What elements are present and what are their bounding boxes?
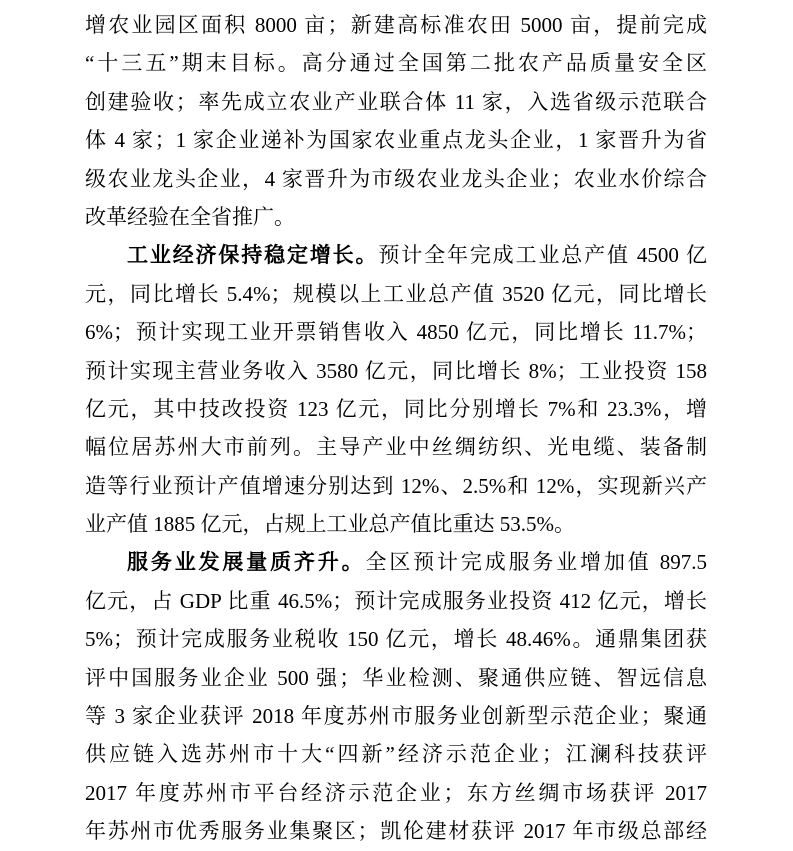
text-line: 元，同比增长 5.4%；规模以上工业总产值 3520 亿元，同比增长 [85,275,707,313]
para-agriculture-continuation: 增农业园区面积 8000 亩；新建高标准农田 5000 亩，提前完成“十三五”期… [85,6,707,236]
body-text: 预计全年完成工业总产值 4500 亿 [378,243,707,267]
text-line: 6%；预计实现工业开票销售收入 4850 亿元，同比增长 11.7%； [85,313,707,351]
text-line: 业产值 1885 亿元，占规上工业总产值比重达 53.5%。 [85,505,707,543]
text-line: 亿元，占 GDP 比重 46.5%；预计完成服务业投资 412 亿元，增长 [85,582,707,620]
text-line: 增农业园区面积 8000 亩；新建高标准农田 5000 亩，提前完成 [85,6,707,44]
text-line: 级农业龙头企业，4 家晋升为市级农业龙头企业；农业水价综合 [85,160,707,198]
text-line: 2017 年度苏州市平台经济示范企业；东方丝绸市场获评 2017 [85,774,707,812]
text-line: 预计实现主营业务收入 3580 亿元，同比增长 8%；工业投资 158 [85,352,707,390]
text-line: 5%；预计完成服务业税收 150 亿元，增长 48.46%。通鼎集团获 [85,620,707,658]
text-line: 等 3 家企业获评 2018 年度苏州市服务业创新型示范企业；聚通 [85,697,707,735]
body-text: 造等行业预计产值增速分别达到 12%、2.5%和 12%，实现新兴产 [85,474,707,498]
body-text: 6%；预计实现工业开票销售收入 4850 亿元，同比增长 11.7%； [85,320,707,344]
text-line: 工业经济保持稳定增长。预计全年完成工业总产值 4500 亿 [85,236,707,274]
body-text: 增农业园区面积 8000 亩；新建高标准农田 5000 亩，提前完成 [85,13,707,37]
document-body: 增农业园区面积 8000 亩；新建高标准农田 5000 亩，提前完成“十三五”期… [85,6,707,851]
body-text: 幅位居苏州大市前列。主导产业中丝绸纺织、光电缆、装备制 [85,435,707,459]
body-text: 亿元，占 GDP 比重 46.5%；预计完成服务业投资 412 亿元，增长 [85,589,707,613]
body-text: 亿元，其中技改投资 123 亿元，同比分别增长 7%和 23.3%，增 [85,397,707,421]
document-page: 增农业园区面积 8000 亩；新建高标准农田 5000 亩，提前完成“十三五”期… [0,0,793,851]
para-industry-economy: 工业经济保持稳定增长。预计全年完成工业总产值 4500 亿元，同比增长 5.4%… [85,236,707,543]
body-text: 等 3 家企业获评 2018 年度苏州市服务业创新型示范企业；聚通 [85,704,707,728]
body-text: 体 4 家；1 家企业递补为国家农业重点龙头企业，1 家晋升为省 [85,128,707,152]
text-line: 幅位居苏州大市前列。主导产业中丝绸纺织、光电缆、装备制 [85,428,707,466]
paragraph-bold-lead: 服务业发展量质齐升。 [127,550,365,574]
text-line: 服务业发展量质齐升。全区预计完成服务业增加值 897.5 [85,543,707,581]
body-text: 年苏州市优秀服务业集聚区；凯伦建材获评 2017 年市级总部经 [85,819,707,843]
text-line: 体 4 家；1 家企业递补为国家农业重点龙头企业，1 家晋升为省 [85,121,707,159]
para-services-industry: 服务业发展量质齐升。全区预计完成服务业增加值 897.5亿元，占 GDP 比重 … [85,543,707,850]
text-line: 造等行业预计产值增速分别达到 12%、2.5%和 12%，实现新兴产 [85,467,707,505]
text-line: 创建验收；率先成立农业产业联合体 11 家，入选省级示范联合 [85,83,707,121]
text-line: “十三五”期末目标。高分通过全国第二批农产品质量安全区 [85,44,707,82]
text-line: 亿元，其中技改投资 123 亿元，同比分别增长 7%和 23.3%，增 [85,390,707,428]
text-line: 年苏州市优秀服务业集聚区；凯伦建材获评 2017 年市级总部经 [85,812,707,850]
body-text: 5%；预计完成服务业税收 150 亿元，增长 48.46%。通鼎集团获 [85,627,707,651]
body-text: 预计实现主营业务收入 3580 亿元，同比增长 8%；工业投资 158 [85,359,707,383]
body-text: 供应链入选苏州市十大“四新”经济示范企业；江澜科技获评 [85,742,707,766]
body-text: 改革经验在全省推广。 [85,205,295,229]
text-line: 供应链入选苏州市十大“四新”经济示范企业；江澜科技获评 [85,735,707,773]
body-text: 评中国服务业企业 500 强；华业检测、聚通供应链、智远信息 [85,666,707,690]
body-text: “十三五”期末目标。高分通过全国第二批农产品质量安全区 [85,51,707,75]
body-text: 创建验收；率先成立农业产业联合体 11 家，入选省级示范联合 [85,90,707,114]
body-text: 元，同比增长 5.4%；规模以上工业总产值 3520 亿元，同比增长 [85,282,707,306]
body-text: 全区预计完成服务业增加值 897.5 [365,550,707,574]
body-text: 2017 年度苏州市平台经济示范企业；东方丝绸市场获评 2017 [85,781,707,805]
paragraph-bold-lead: 工业经济保持稳定增长。 [127,243,378,267]
body-text: 级农业龙头企业，4 家晋升为市级农业龙头企业；农业水价综合 [85,167,707,191]
text-line: 评中国服务业企业 500 强；华业检测、聚通供应链、智远信息 [85,659,707,697]
text-line: 改革经验在全省推广。 [85,198,707,236]
body-text: 业产值 1885 亿元，占规上工业总产值比重达 53.5%。 [85,512,575,536]
